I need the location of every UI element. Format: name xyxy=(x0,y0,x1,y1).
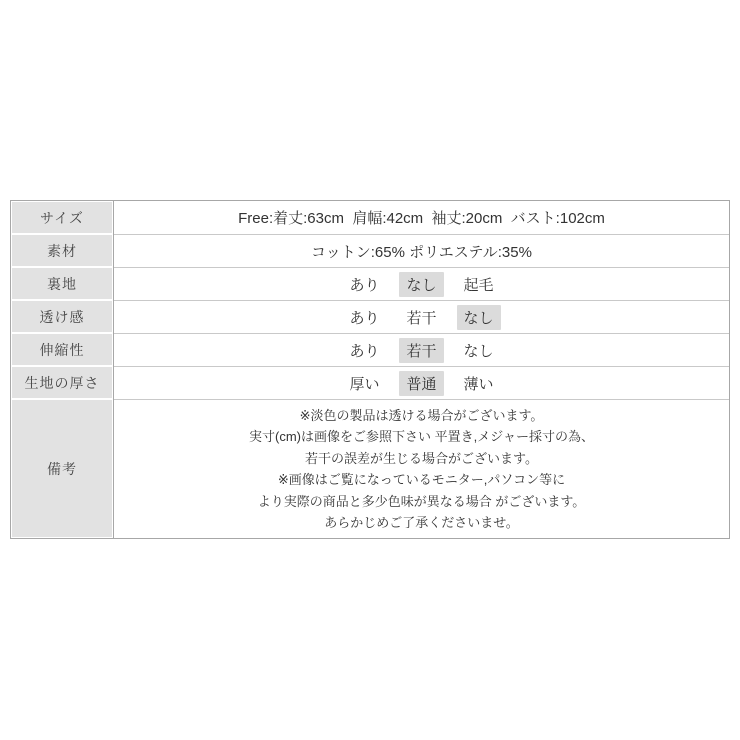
option-chip: 若干 xyxy=(399,305,443,330)
row-sheerness-header: 透け感 xyxy=(11,300,114,333)
option-chip: あり xyxy=(342,305,386,330)
notes-line: 若干の誤差が生じる場合がございます。 xyxy=(305,448,538,470)
option-chip: 起毛 xyxy=(457,272,501,297)
size-value: Free:着丈:63cm 肩幅:42cm 袖丈:20cm バスト:102cm xyxy=(114,201,729,234)
notes-value: ※淡色の製品は透ける場合がございます。 実寸(cm)は画像をご参照下さい 平置き… xyxy=(114,399,729,538)
product-spec-table: サイズ Free:着丈:63cm 肩幅:42cm 袖丈:20cm バスト:102… xyxy=(10,200,730,539)
row-stretch-header: 伸縮性 xyxy=(11,333,114,366)
row-label: 伸縮性 xyxy=(12,334,112,365)
row-notes: 備考 ※淡色の製品は透ける場合がございます。 実寸(cm)は画像をご参照下さい … xyxy=(11,399,729,538)
notes-line: 実寸(cm)は画像をご参照下さい 平置き,メジャー採寸の為、 xyxy=(249,426,594,448)
thickness-value: 厚い 普通 薄い xyxy=(114,366,729,399)
row-notes-header: 備考 xyxy=(11,399,114,538)
option-chip: なし xyxy=(457,338,501,363)
row-stretch: 伸縮性 あり 若干 なし xyxy=(11,333,729,366)
row-label: 透け感 xyxy=(12,301,112,332)
row-lining: 裏地 あり なし 起毛 xyxy=(11,267,729,300)
row-size-header: サイズ xyxy=(11,201,114,234)
lining-options: あり なし 起毛 xyxy=(342,272,500,297)
option-chip: 薄い xyxy=(457,371,501,396)
material-value: コットン:65% ポリエステル:35% xyxy=(114,234,729,267)
row-label: サイズ xyxy=(12,202,112,233)
option-chip: 普通 xyxy=(399,371,443,396)
sheerness-options: あり 若干 なし xyxy=(342,305,500,330)
option-chip: なし xyxy=(457,305,501,330)
row-material: 素材 コットン:65% ポリエステル:35% xyxy=(11,234,729,267)
row-label: 素材 xyxy=(12,235,112,266)
row-thickness-header: 生地の厚さ xyxy=(11,366,114,399)
option-chip: 厚い xyxy=(342,371,386,396)
notes-line: ※画像はご覧になっているモニター,パソコン等に xyxy=(278,469,565,491)
option-chip: あり xyxy=(342,338,386,363)
row-material-header: 素材 xyxy=(11,234,114,267)
lining-value: あり なし 起毛 xyxy=(114,267,729,300)
sheerness-value: あり 若干 なし xyxy=(114,300,729,333)
row-label: 裏地 xyxy=(12,268,112,299)
row-sheerness: 透け感 あり 若干 なし xyxy=(11,300,729,333)
option-chip: 若干 xyxy=(399,338,443,363)
notes-line: ※淡色の製品は透ける場合がございます。 xyxy=(300,405,544,427)
option-chip: あり xyxy=(342,272,386,297)
notes-line: より実際の商品と多少色味が異なる場合 がございます。 xyxy=(258,491,586,513)
row-lining-header: 裏地 xyxy=(11,267,114,300)
row-size: サイズ Free:着丈:63cm 肩幅:42cm 袖丈:20cm バスト:102… xyxy=(11,201,729,234)
thickness-options: 厚い 普通 薄い xyxy=(342,371,500,396)
stretch-options: あり 若干 なし xyxy=(342,338,500,363)
stretch-value: あり 若干 なし xyxy=(114,333,729,366)
row-label: 備考 xyxy=(12,400,112,537)
row-label: 生地の厚さ xyxy=(12,367,112,398)
notes-line: あらかじめご了承くださいませ。 xyxy=(324,512,519,534)
row-thickness: 生地の厚さ 厚い 普通 薄い xyxy=(11,366,729,399)
option-chip: なし xyxy=(399,272,443,297)
